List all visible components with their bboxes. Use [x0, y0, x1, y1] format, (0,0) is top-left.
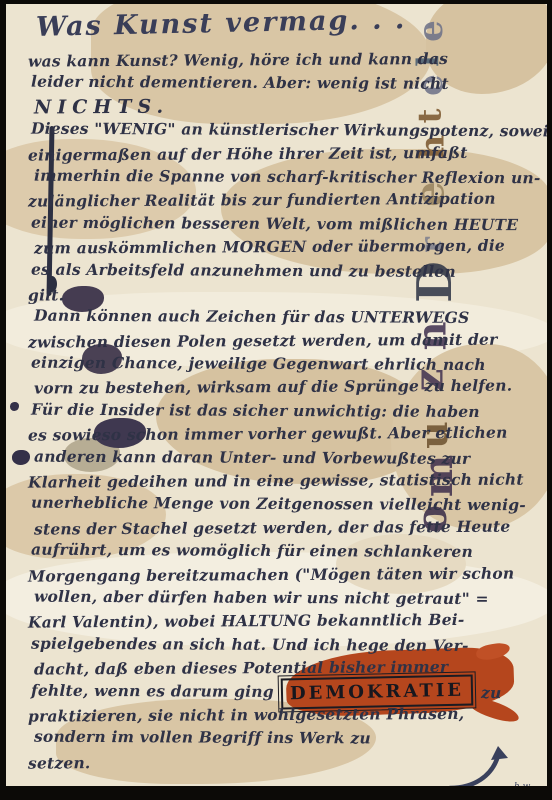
text-line-demokratie: fehlte, wenn es darum ging DEMOKRATIE zu	[31, 678, 540, 704]
text-line: immerhin die Spanne von scharf-kritische…	[34, 164, 540, 190]
arrow-flourish-icon	[446, 746, 526, 786]
text-line: einer möglichen besseren Welt, vom mißli…	[31, 210, 540, 236]
stamp-line-before: fehlte, wenn es darum ging	[31, 680, 274, 700]
artist-monogram: h.w	[514, 782, 530, 786]
text-line-nichts: NICHTS.	[34, 93, 540, 119]
artwork-title: Was Kunst vermag. . .	[36, 4, 407, 43]
text-line: was kann Kunst? Wenig, höre ich und kann…	[28, 46, 540, 73]
arrow-flourish: h.w	[446, 746, 526, 786]
text-line: unerhebliche Menge von Zeitgenossen viel…	[31, 491, 540, 517]
text-line: es als Arbeitsfeld anzunehmen und zu bes…	[31, 257, 540, 283]
text-line: spielgebendes an sich hat. Und ich hege …	[31, 631, 540, 657]
text-line: stens der Stachel gesetzt werden, der da…	[34, 514, 540, 540]
stamp-line-after: zu	[481, 683, 502, 702]
text-line: einzigen Chance, jeweilige Gegenwart ehr…	[31, 351, 540, 377]
aged-paper-sheet: e l e t h e r D n z u m o Was Kunst verm…	[6, 4, 547, 786]
ink-blot	[10, 402, 19, 411]
text-line: Dann können auch Zeichen für das UNTERWE…	[34, 304, 540, 330]
text-line: Klarheit gedeihen und in eine gewisse, s…	[28, 467, 540, 494]
text-line: anderen kann daran Unter- und Vorbewußte…	[34, 444, 540, 470]
text-line: Für die Insider ist das sicher unwichtig…	[31, 398, 540, 424]
text-line: es sowieso schon immer vorher gewußt. Ab…	[28, 421, 540, 448]
text-line: leider nicht dementieren. Aber: wenig is…	[31, 70, 540, 96]
text-line: Morgengang bereitzumachen ("Mögen täten …	[28, 561, 540, 588]
text-line: wollen, aber dürfen haben wir uns nicht …	[34, 585, 540, 611]
text-line: einigermaßen auf der Höhe ihrer Zeit ist…	[28, 140, 540, 167]
text-line: zum auskömmlichen MORGEN oder übermorgen…	[34, 234, 540, 260]
text-line: praktizieren, sie nicht in wohlgesetzten…	[28, 701, 540, 728]
text-line: gilt.	[28, 280, 540, 307]
text-line: vorn zu bestehen, wirksam auf die Sprüng…	[34, 374, 540, 400]
text-line: zwischen diesen Polen gesetzt werden, um…	[28, 327, 540, 354]
handwritten-text-block: was kann Kunst? Wenig, höre ich und kann…	[28, 48, 540, 773]
vertical-stamp-letter: e	[414, 20, 448, 42]
text-line: Karl Valentin), wobei HALTUNG bekanntlic…	[28, 608, 540, 635]
text-line: aufrührt, um es womöglich für einen schl…	[31, 538, 540, 564]
text-line: zulänglicher Realität bis zur fundierten…	[28, 187, 540, 214]
text-line: Dieses "WENIG" an künstlerischer Wirkung…	[31, 117, 540, 143]
